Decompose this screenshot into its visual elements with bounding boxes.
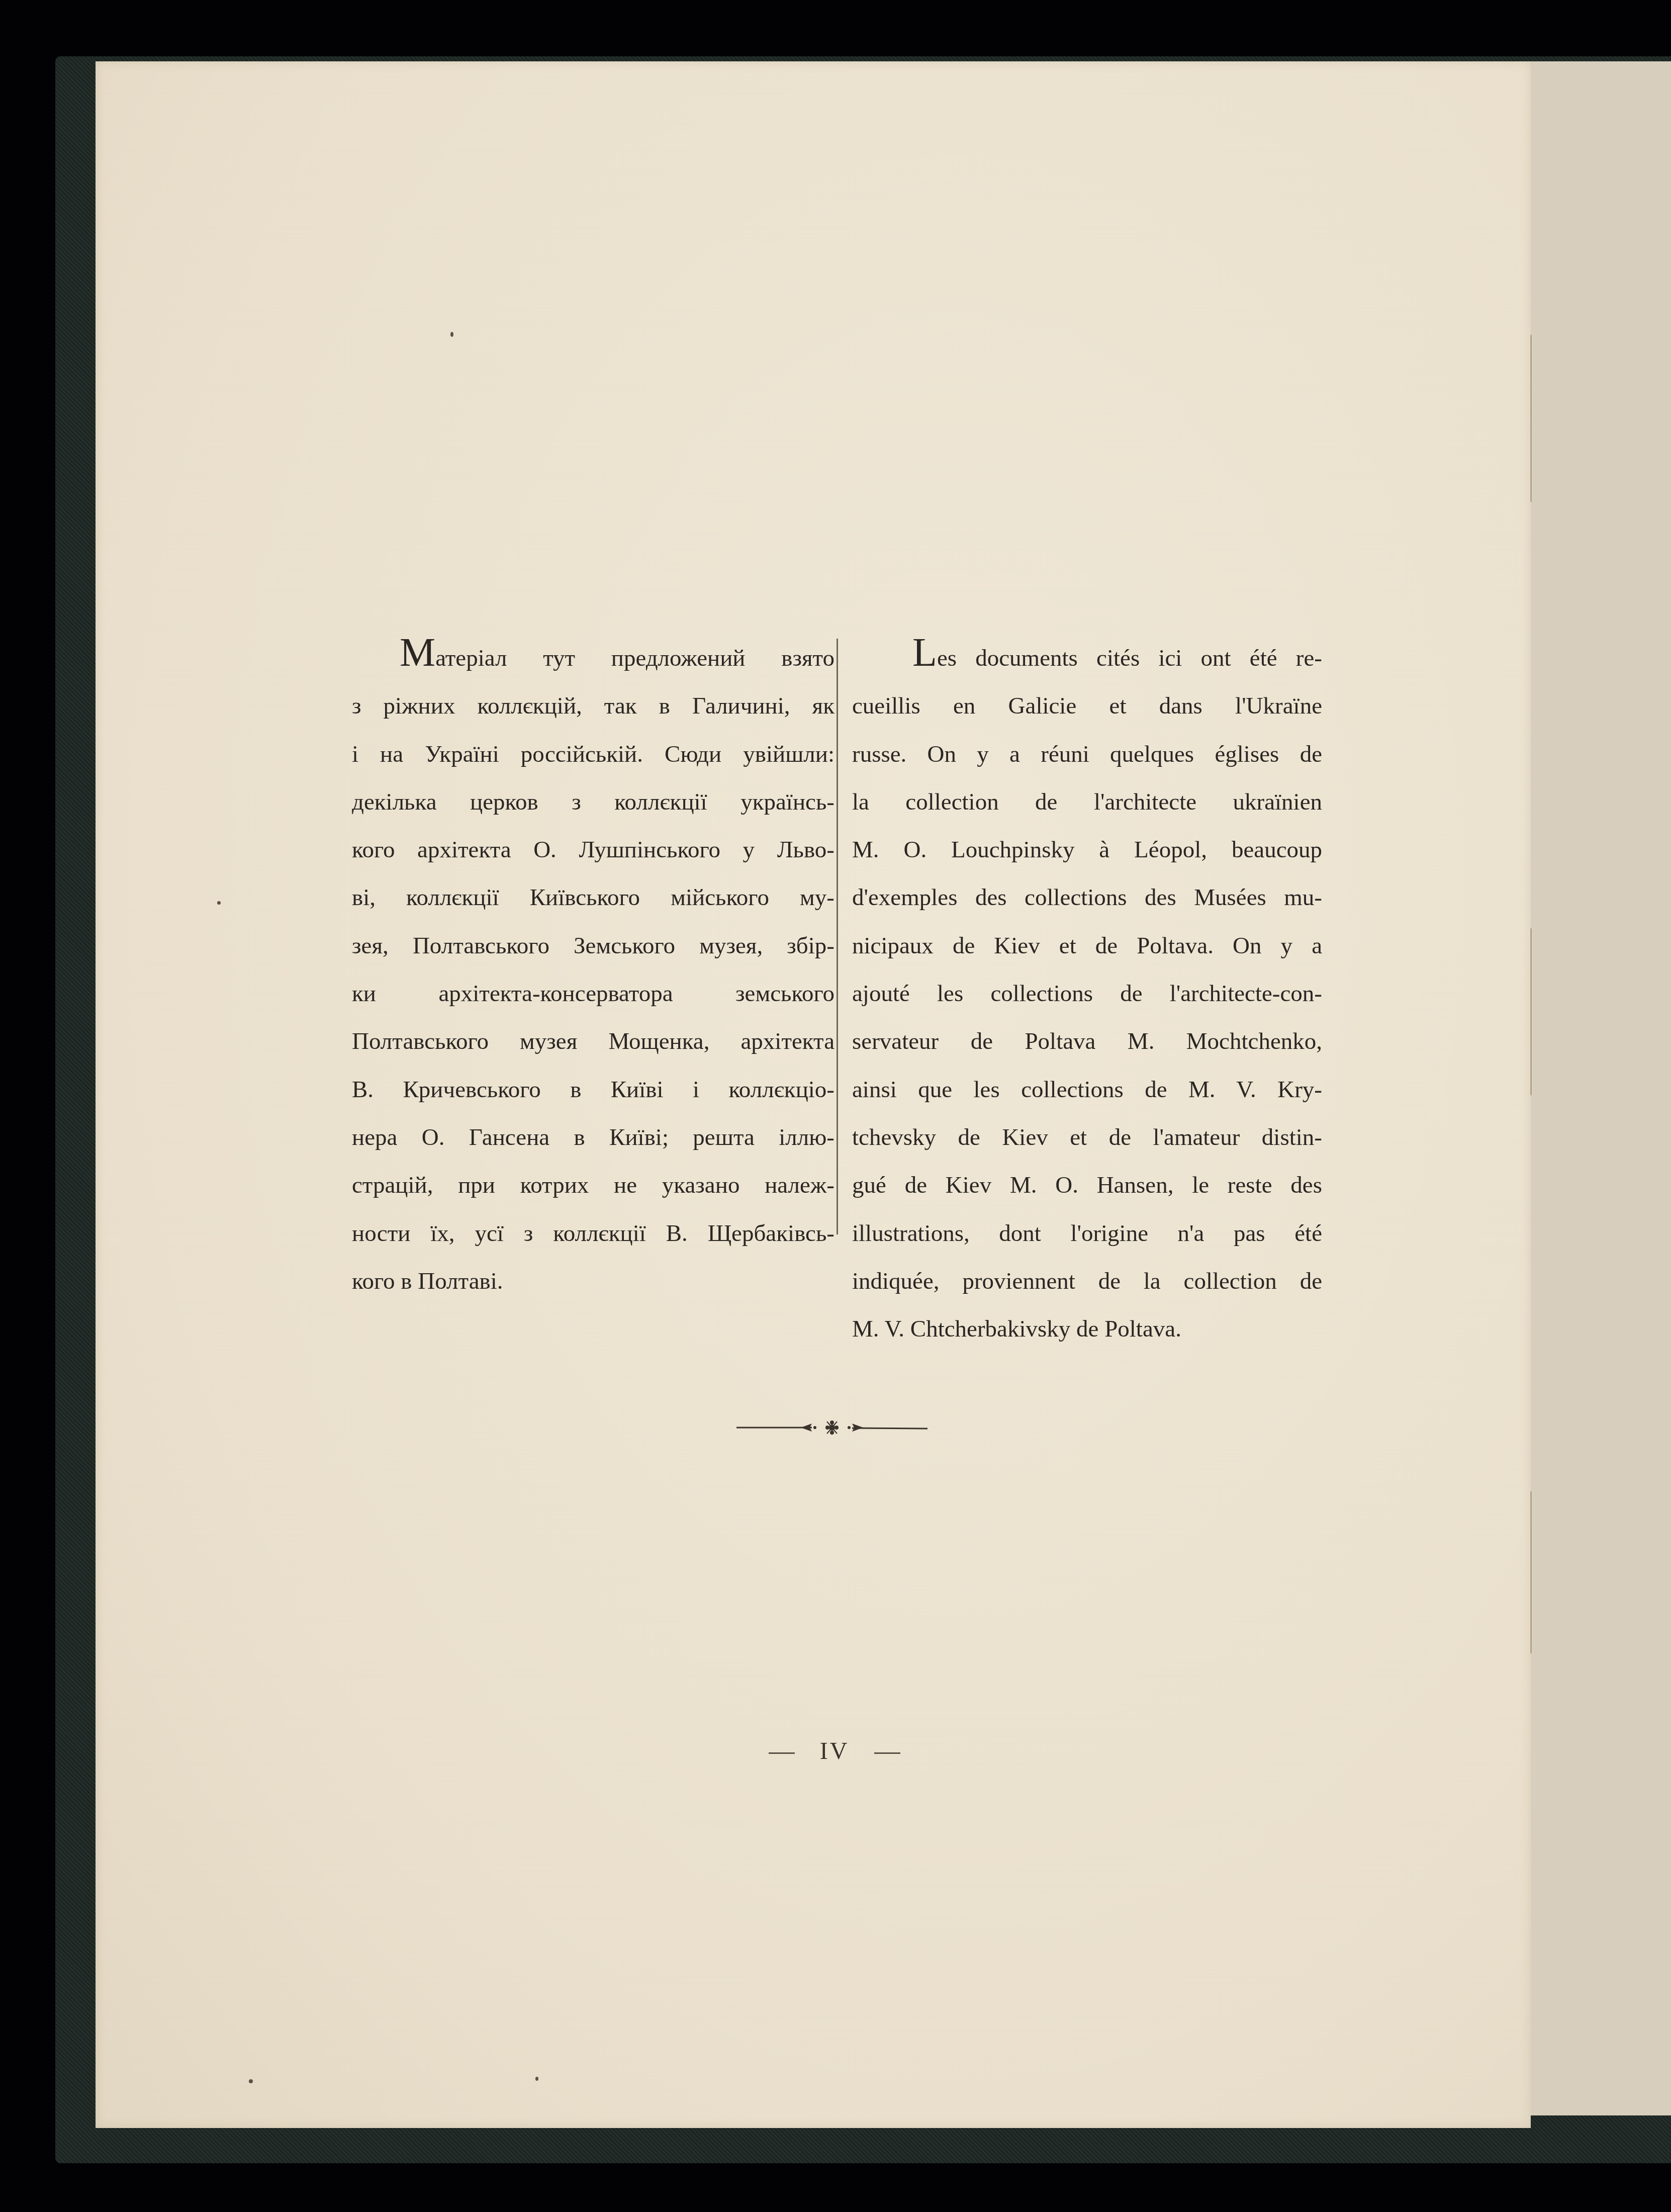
text-line: ajouté les collections de l'architecte-c… bbox=[852, 970, 1322, 1018]
text-line-content: атеріал тут предложений взято bbox=[435, 645, 834, 671]
text-line: кого архітекта О. Лушпінського у Льво- bbox=[352, 826, 834, 874]
paper-speck bbox=[450, 332, 453, 337]
text-line: зея, Полтавського Земського музея, збір- bbox=[352, 922, 834, 970]
text-line: d'exemples des collections des Musées mu… bbox=[852, 874, 1322, 922]
french-column: Les documents cités ici ont été re- cuei… bbox=[852, 635, 1322, 1353]
text-line: M. O. Louchpinsky à Léopol, beaucoup bbox=[852, 826, 1322, 874]
drop-cap: L bbox=[912, 631, 937, 675]
text-line: russe. On y a réuni quelques églises de bbox=[852, 731, 1322, 778]
text-line: В. Кричевського в Київі і коллєкціо- bbox=[352, 1066, 834, 1114]
text-line: ainsi que les collections de M. V. Kry- bbox=[852, 1066, 1322, 1114]
text-line: Полтавського музея Мощенка, архітекта bbox=[352, 1018, 834, 1066]
text-line: ки архітекта-консерватора земського bbox=[352, 970, 834, 1018]
column-divider bbox=[837, 639, 838, 1234]
text-line: з ріжних коллєкцій, так в Галичині, як bbox=[352, 682, 834, 730]
paper-speck bbox=[535, 2077, 538, 2081]
text-line: servateur de Poltava M. Mochtchenko, bbox=[852, 1018, 1322, 1066]
paper-speck bbox=[249, 2079, 253, 2083]
dash-left bbox=[769, 1752, 795, 1754]
text-line: Les documents cités ici ont été re- bbox=[852, 635, 1322, 682]
drop-cap: М bbox=[400, 631, 435, 675]
text-line: nicipaux de Kiev et de Poltava. On y a bbox=[852, 922, 1322, 970]
dash-right bbox=[874, 1752, 900, 1754]
text-line: ности їх, усї з коллєкції В. Щербаківсь- bbox=[352, 1210, 834, 1258]
page-number-text: IV bbox=[820, 1738, 850, 1764]
fleuron-divider-icon bbox=[736, 1415, 927, 1441]
text-line: ві, коллєкції Київського мійського му- bbox=[352, 874, 834, 922]
text-line: tchevsky de Kiev et de l'amateur distin- bbox=[852, 1114, 1322, 1162]
paper-speck bbox=[217, 901, 221, 905]
text-line: indiquée, proviennent de la collection d… bbox=[852, 1258, 1322, 1305]
text-line: декілька церков з коллєкції українсь- bbox=[352, 778, 834, 826]
text-line-content: es documents cités ici ont été re- bbox=[937, 645, 1322, 671]
ukrainian-column: Матеріал тут предложений взято з ріжних … bbox=[352, 635, 834, 1305]
text-line: страцій, при котрих не указано належ- bbox=[352, 1162, 834, 1209]
text-line: кого в Полтаві. bbox=[352, 1258, 834, 1305]
next-page-edge bbox=[1528, 61, 1671, 2115]
text-line: M. V. Chtcherbakivsky de Poltava. bbox=[852, 1305, 1322, 1353]
text-line: і на Україні россійській. Сюди увійшли: bbox=[352, 731, 834, 778]
text-line: cueillis en Galicie et dans l'Ukraïne bbox=[852, 682, 1322, 730]
text-line: la collection de l'architecte ukraïnien bbox=[852, 778, 1322, 826]
text-line: gué de Kiev M. O. Hansen, le reste des bbox=[852, 1162, 1322, 1209]
text-line: Матеріал тут предложений взято bbox=[352, 635, 834, 682]
text-line: нера О. Гансена в Київі; решта іллю- bbox=[352, 1114, 834, 1162]
text-line: illustrations, dont l'origine n'a pas ét… bbox=[852, 1210, 1322, 1258]
page-number: IV bbox=[734, 1737, 935, 1765]
